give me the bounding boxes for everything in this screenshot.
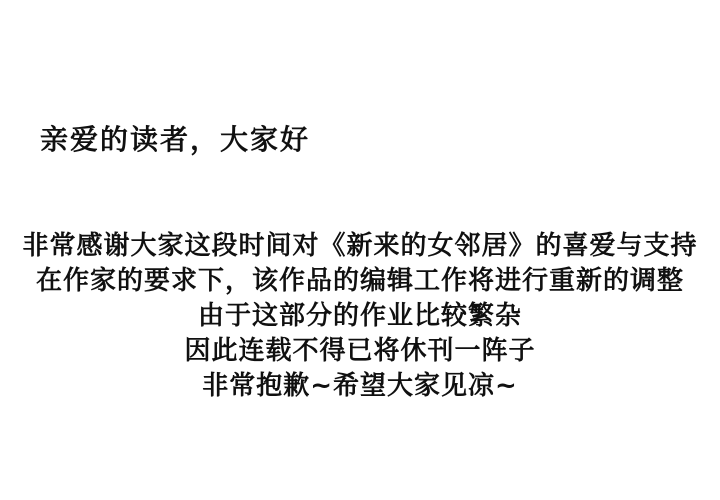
notice-line: 非常抱歉~希望大家见凉~ [0, 369, 720, 404]
announcement-page: 亲爱的读者，大家好 非常感谢大家这段时间对《新来的女邻居》的喜爱与支持 在作家的… [0, 0, 720, 500]
notice-line: 非常感谢大家这段时间对《新来的女邻居》的喜爱与支持 [0, 229, 720, 264]
notice-line: 因此连载不得已将休刊一阵子 [0, 334, 720, 369]
greeting-text: 亲爱的读者，大家好 [40, 118, 310, 158]
notice-line: 由于这部分的作业比较繁杂 [0, 299, 720, 334]
notice-line: 在作家的要求下，该作品的编辑工作将进行重新的调整 [0, 264, 720, 299]
notice-block: 非常感谢大家这段时间对《新来的女邻居》的喜爱与支持 在作家的要求下，该作品的编辑… [0, 229, 720, 404]
